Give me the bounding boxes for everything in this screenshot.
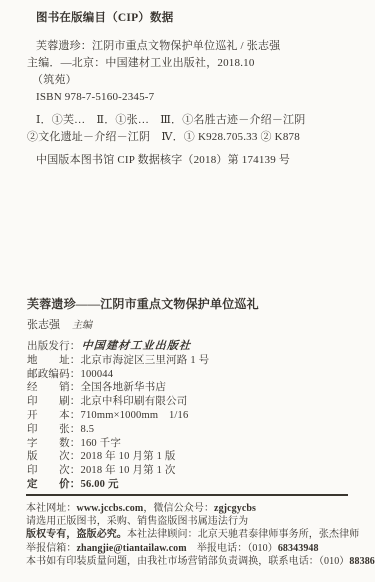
publication-row: 版 次： 2018 年 10 月第 1 版 xyxy=(27,450,357,464)
cip-paragraph-line2: 主编．—北京：中国建材工业出版社，2018.10 xyxy=(27,55,357,72)
footer-line: 版权专有，盗版必究。本社法律顾问：北京天驰君泰律师事务所，张杰律师 xyxy=(26,528,371,541)
publication-value: 全国各地新华书店 xyxy=(81,381,167,395)
publication-row: 邮政编码： 100044 xyxy=(27,368,357,382)
cip-series-note: （筑苑） xyxy=(27,72,357,89)
publication-row: 印 次： 2018 年 10 月第 1 次 xyxy=(27,464,357,478)
publication-label: 邮政编码： xyxy=(27,368,81,382)
cip-block: 图书在版编目（CIP）数据 芙蓉遗珍：江阴市重点文物保护单位巡礼 / 张志强 主… xyxy=(27,10,357,169)
cip-paragraph-line1: 芙蓉遗珍：江阴市重点文物保护单位巡礼 / 张志强 xyxy=(27,38,357,55)
cip-classification-line2: ②文化遗址－介绍－江阴 Ⅳ．① K928.705.33 ② K878 xyxy=(27,129,357,146)
publication-label: 经 销： xyxy=(27,381,81,395)
publication-label: 版 次： xyxy=(27,450,81,464)
copyright-page: 图书在版编目（CIP）数据 芙蓉遗珍：江阴市重点文物保护单位巡礼 / 张志强 主… xyxy=(0,0,375,582)
publication-row: 印 张： 8.5 xyxy=(27,423,357,437)
publication-value: 2018 年 10 月第 1 次 xyxy=(81,464,176,478)
footer-line: 请选用正版图书，采购、销售盗版图书属违法行为 xyxy=(26,515,371,528)
publication-row: 印 刷： 北京中科印刷有限公司 xyxy=(27,395,357,409)
footer-text-segment: 本社网址： xyxy=(26,503,77,514)
publication-value: 中国建材工业出版社 xyxy=(81,340,192,354)
publication-value: 2018 年 10 月第 1 版 xyxy=(81,450,176,464)
publication-row: 字 数： 160 千字 xyxy=(27,437,357,451)
publication-label: 印 次： xyxy=(27,464,81,478)
footer-line: 举报信箱：zhangjie@tiantailaw.com 举报电话：（010）6… xyxy=(26,542,371,555)
publication-value: 160 千字 xyxy=(81,437,122,451)
publication-value: 北京市海淀区三里河路 1 号 xyxy=(81,354,210,368)
footer-text-segment: www.jccbs.com xyxy=(77,503,144,514)
publication-row: 地 址： 北京市海淀区三里河路 1 号 xyxy=(27,354,357,368)
publication-label: 印 刷： xyxy=(27,395,81,409)
footer-line: 本书如有印装质量问题，由我社市场营销部负责调换，联系电话：（010）883869… xyxy=(26,555,371,568)
footer-block: 本社网址：www.jccbs.com，微信公众号：zgjcgycbs请选用正版图… xyxy=(26,502,371,568)
publication-label: 字 数： xyxy=(27,437,81,451)
footer-text-segment: 请选用正版图书，采购、销售盗版图书属违法行为 xyxy=(26,516,248,527)
publication-row: 出版发行： 中国建材工业出版社 xyxy=(27,340,357,354)
author-line: 张志强主编 xyxy=(27,316,357,332)
publication-label: 地 址： xyxy=(27,354,81,368)
publication-label: 印 张： xyxy=(27,423,81,437)
footer-text-segment: ，微信公众号： xyxy=(143,503,214,514)
publication-list: 出版发行： 中国建材工业出版社 地 址： 北京市海淀区三里河路 1 号 邮政编码… xyxy=(27,340,357,492)
footer-text-segment: 举报信箱： xyxy=(26,543,77,554)
publication-value: 8.5 xyxy=(81,423,95,437)
footer-text-segment: 本书如有印装质量问题，由我社市场营销部负责调换，联系电话：（010） xyxy=(26,556,349,567)
footer-line: 本社网址：www.jccbs.com，微信公众号：zgjcgycbs xyxy=(26,502,371,515)
cip-header: 图书在版编目（CIP）数据 xyxy=(27,10,357,27)
publication-value: 100044 xyxy=(81,368,114,382)
publication-label: 出版发行： xyxy=(27,340,81,354)
cip-classification-line1: Ⅰ．①芙… Ⅱ．①张… Ⅲ．①名胜古迹－介绍－江阴 xyxy=(27,112,357,129)
author-role: 主编 xyxy=(72,320,92,331)
publication-row: 定 价： 56.00 元 xyxy=(27,478,357,492)
footer-text-segment: 68343948 xyxy=(278,543,319,554)
publication-value: 710mm×1000mm 1/16 xyxy=(81,409,189,423)
publication-row: 开 本： 710mm×1000mm 1/16 xyxy=(27,409,357,423)
footer-text-segment: zgjcgycbs xyxy=(214,503,256,514)
publication-label: 定 价： xyxy=(27,478,81,492)
cip-record-number: 中国版本图书馆 CIP 数据核字（2018）第 174139 号 xyxy=(27,152,357,169)
divider-rule xyxy=(26,494,348,496)
publication-value: 北京中科印刷有限公司 xyxy=(81,395,188,409)
footer-text-segment: 版权专有，盗版必究。 xyxy=(26,529,127,540)
footer-text-segment: 88386906 xyxy=(349,556,375,567)
publication-value: 56.00 元 xyxy=(81,478,119,492)
author-name: 张志强 xyxy=(27,319,60,331)
title-block: 芙蓉遗珍——江阴市重点文物保护单位巡礼 张志强主编 xyxy=(27,297,357,332)
footer-text-segment: 本社法律顾问：北京天驰君泰律师事务所，张杰律师 xyxy=(127,529,359,540)
publication-row: 经 销： 全国各地新华书店 xyxy=(27,381,357,395)
footer-text-segment: zhangjie@tiantailaw.com xyxy=(77,543,187,554)
book-title: 芙蓉遗珍——江阴市重点文物保护单位巡礼 xyxy=(27,297,357,312)
cip-isbn: ISBN 978-7-5160-2345-7 xyxy=(27,89,357,106)
publication-label: 开 本： xyxy=(27,409,81,423)
footer-text-segment: 举报电话：（010） xyxy=(187,543,278,554)
